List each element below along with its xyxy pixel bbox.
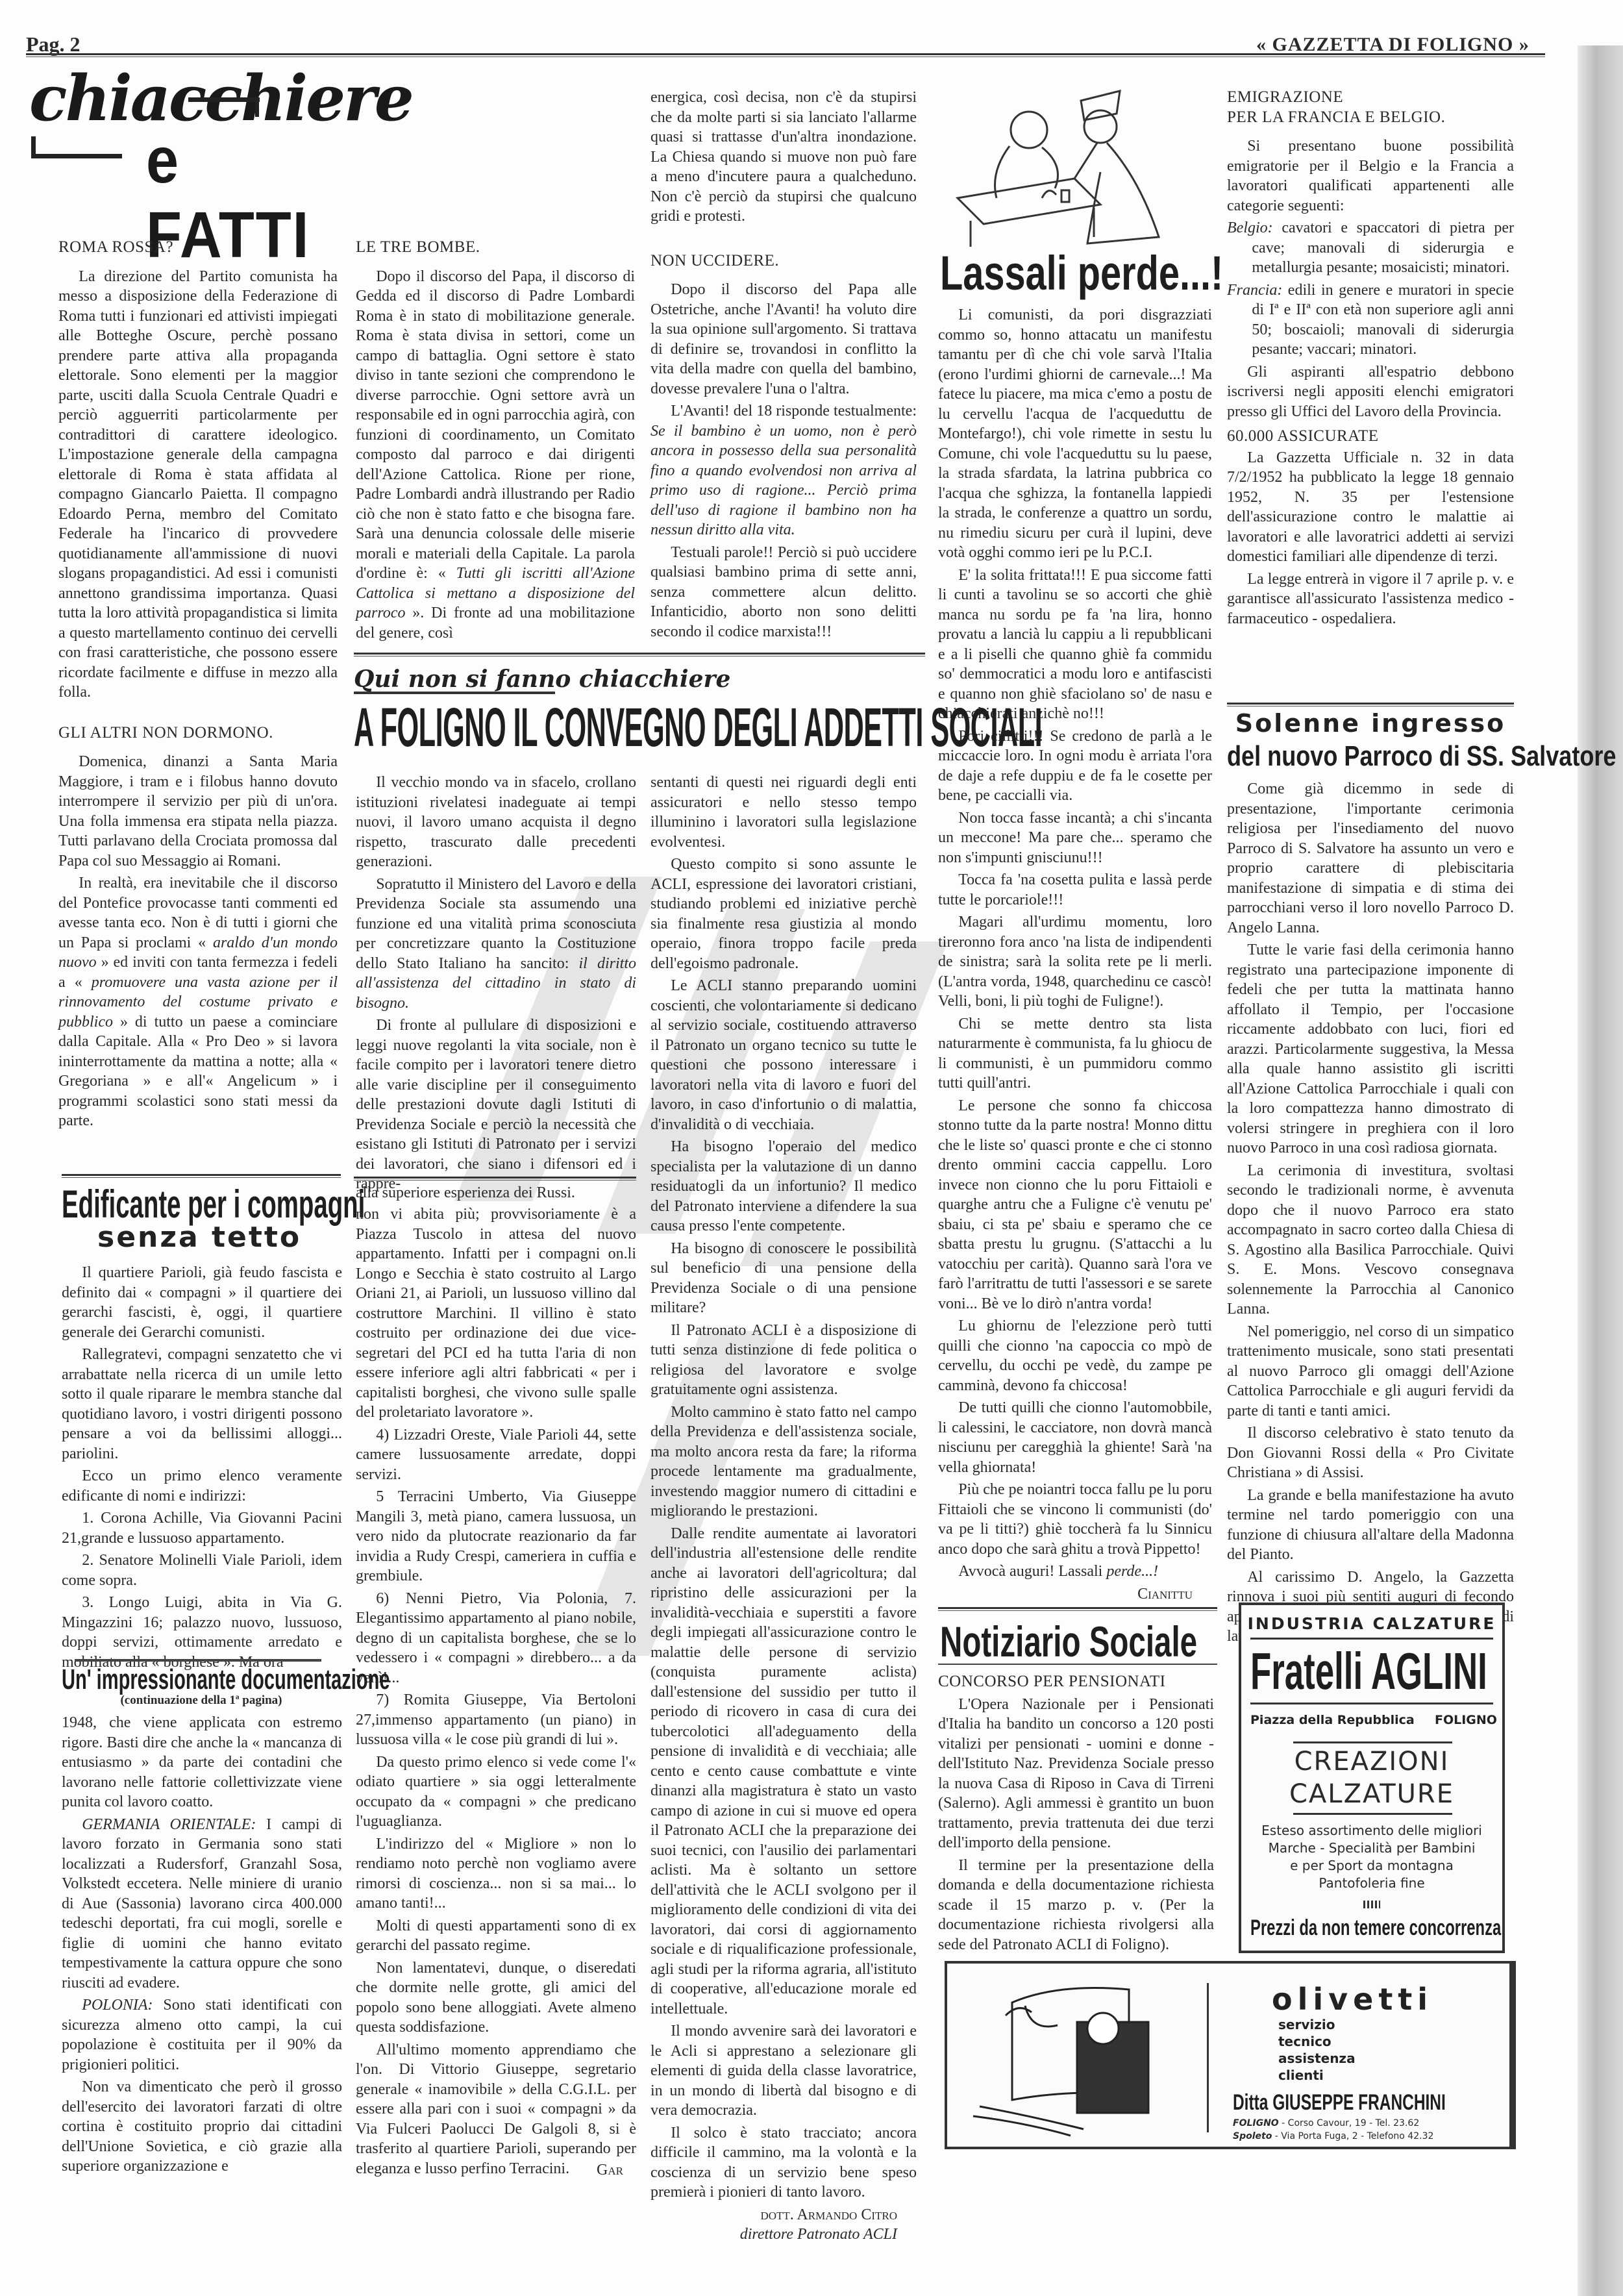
ad-aglini: INDUSTRIA CALZATURE Fratelli AGLINI Piaz…	[1239, 1603, 1505, 1953]
aglini-line-3: e per Sport da montagna	[1241, 1858, 1502, 1873]
edificante-item-4: 4) Lizzadri Oreste, Viale Parioli 44, se…	[356, 1425, 636, 1485]
typewriter-case-illustration	[967, 1977, 1200, 2139]
roma-rossa-body: La direzione del Partito comunista ha me…	[58, 267, 338, 703]
olivetti-service-1: servizio	[1278, 2017, 1335, 2032]
documentazione-p2: GERMANIA ORIENTALE: I campi di lavoro fo…	[62, 1815, 342, 1993]
documentazione-p3: POLONIA: Sono stati identificati con sic…	[62, 1995, 342, 2075]
altri-body-1: Domenica, dinanzi a Santa Maria Maggiore…	[58, 752, 338, 871]
emigrazione-p2: Gli aspiranti all'espatrio debbono iscri…	[1227, 362, 1514, 422]
newspaper-title: « GAZZETTA DI FOLIGNO »	[1256, 34, 1530, 56]
altri-body-2: In realtà, era inevitabile che il discor…	[58, 873, 338, 1131]
aglini-top: INDUSTRIA CALZATURE	[1241, 1614, 1502, 1633]
convegno-c1p2: Sopratutto il Ministero del Lavoro e del…	[356, 875, 636, 1014]
convegno-c2p1: sentanti di questi nei riguardi degli en…	[650, 773, 917, 852]
convegno-kicker-rule	[354, 692, 555, 694]
olivetti-company: Ditta GIUSEPPE FRANCHINI	[1233, 2090, 1446, 2115]
convegno-column-1: Il vecchio mondo va in sfacelo, crollano…	[356, 773, 636, 1197]
non-uccidere-body-2: L'Avanti! del 18 risponde testualmente: …	[650, 401, 917, 540]
edificante-item-6: 6) Nenni Pietro, Via Polonia, 7. Elegant…	[356, 1589, 636, 1688]
tre-bombe-title: LE TRE BOMBE.	[356, 238, 635, 258]
non-uccidere-title: NON UCCIDERE.	[650, 251, 917, 271]
edificante-c2p2: Da questo primo elenco si vede come l'« …	[356, 1753, 636, 1832]
olivetti-address-2: Spoleto - Via Porta Fuga, 2 - Telefono 4…	[1233, 2131, 1433, 2141]
aglini-title-2: CALZATURE	[1241, 1779, 1502, 1809]
roma-rossa-title: ROMA ROSSA?	[58, 238, 338, 258]
lassali-p10: De tutti quilli che cionno l'automobbile…	[938, 1398, 1212, 1477]
documentazione-p5: alla superiore esperienza dei Russi.	[356, 1183, 636, 1203]
masthead-rule-bottom	[31, 154, 122, 158]
emigrazione-title-1: EMIGRAZIONE	[1227, 88, 1514, 108]
notiziario-headline: Notiziario Sociale	[940, 1617, 1197, 1666]
aglini-name: Fratelli AGLINI	[1250, 1641, 1487, 1701]
edificante-c2p4: Molti di questi appartamenti sono di ex …	[356, 1916, 636, 1956]
convegno-c2p2: Questo compito si sono assunte le ACLI, …	[650, 855, 917, 973]
article-solenne: Come già dicemmo in sede di presentazion…	[1227, 779, 1514, 1649]
tre-bombe-body: Dopo il discorso del Papa, il discorso d…	[356, 267, 635, 643]
lassali-p4: Non tocca fasse incantà; a chi s'incanta…	[938, 808, 1212, 868]
olivetti-address-1: FOLIGNO - Corso Cavour, 19 - Tel. 23.62	[1233, 2118, 1419, 2128]
convegno-headline: A FOLIGNO IL CONVEGNO DEGLI ADDETTI SOCI…	[354, 696, 1042, 759]
article-non-uccidere: energica, così decisa, non c'è da stupir…	[650, 88, 917, 644]
emigrazione-p1: Si presentano buone possibilità emigrato…	[1227, 136, 1514, 216]
edificante-c2p3: L'indirizzo del « Migliore » non lo rend…	[356, 1834, 636, 1914]
notiziario-rule-top	[938, 1607, 1217, 1611]
notiziario-p1: L'Opera Nazionale per i Pensionati d'Ita…	[938, 1695, 1214, 1853]
article-tre-bombe: LE TRE BOMBE. Dopo il discorso del Papa,…	[356, 234, 635, 645]
olivetti-divider	[1207, 1983, 1209, 2132]
non-uccidere-body-3: Testuali parole!! Perciò si può uccidere…	[650, 543, 917, 642]
convegno-c1p3: Di fronte al pullulare di disposizioni e…	[356, 1016, 636, 1194]
documentazione-p4: Non va dimenticato che però il grosso de…	[62, 2077, 342, 2177]
notiziario-rule-bottom	[938, 1664, 1217, 1665]
notiziario-title: CONCORSO PER PENSIONATI	[938, 1672, 1214, 1692]
aglini-title-1: CREAZIONI	[1241, 1747, 1502, 1777]
documentazione-continuation: alla superiore esperienza dei Russi.	[356, 1183, 636, 1206]
aglini-rule-3	[1293, 1741, 1452, 1743]
masthead-rule-left	[31, 136, 36, 156]
convegno-c2p5: Ha bisogno di conoscere le possibilità s…	[650, 1239, 917, 1318]
emigrazione-francia: Francia: edili in genere e muratori in s…	[1227, 281, 1514, 360]
documentazione-rule	[75, 1659, 321, 1662]
lassali-p9: Lu ghiornu de l'elezzione però tutti qui…	[938, 1316, 1212, 1395]
aglini-rule-4	[1293, 1813, 1452, 1815]
notiziario-p2: Il termine per la presentazione della do…	[938, 1856, 1214, 1955]
aglini-line-2: Marche - Specialità per Bambini	[1241, 1840, 1502, 1856]
aglini-line-1: Esteso assortimento delle migliori	[1241, 1823, 1502, 1838]
convegno-signature: dott. Armando Citro direttore Patronato …	[650, 2205, 917, 2245]
edificante-c2p5: Non lamentatevi, dunque, o diseredati ch…	[356, 1958, 636, 2038]
edificante-headline-2: senza tetto	[97, 1221, 301, 1254]
article-lassali: Li comunisti, da pori disgrazziati commo…	[938, 305, 1212, 1606]
convegno-col1-rule	[354, 1177, 636, 1180]
edificante-item-7: 7) Romita Giuseppe, Via Bertoloni 27,imm…	[356, 1690, 636, 1750]
solenne-p1: Come già dicemmo in sede di presentazion…	[1227, 779, 1514, 938]
lassali-p12: Avvocà auguri! Lassali perde...!	[938, 1562, 1212, 1582]
article-notiziario: CONCORSO PER PENSIONATI L'Opera Nazional…	[938, 1672, 1214, 1957]
convegno-rule-top	[354, 653, 925, 656]
edificante-item-2: 2. Senatore Molinelli Viale Parioli, ide…	[62, 1551, 342, 1590]
lassali-p11: Più che pe noiantri tocca fallu pe lu po…	[938, 1480, 1212, 1559]
page-edge-shadow	[1578, 45, 1623, 2296]
lassali-p6: Magari all'urdimu momentu, loro tireronn…	[938, 912, 1212, 1012]
assicurate-title: 60.000 ASSICURATE	[1227, 427, 1514, 447]
emigrazione-title-2: PER LA FRANCIA E BELGIO.	[1227, 108, 1514, 128]
edificante-c2p1: non vi abita più; provvisoriamente è a P…	[356, 1204, 636, 1423]
aglini-rule-1	[1250, 1638, 1493, 1640]
edificante-item-5: 5 Terracini Umberto, Via Giuseppe Mangil…	[356, 1487, 636, 1586]
assicurate-p2: La legge entrerà in vigore il 7 aprile p…	[1227, 569, 1514, 629]
convegno-column-2: sentanti di questi nei riguardi degli en…	[650, 773, 917, 2247]
header-rule	[26, 53, 1545, 57]
emigrazione-belgio: Belgio: cavatori e spaccatori di pietra …	[1227, 218, 1514, 278]
solenne-p4: Nel pomeriggio, nel corso di un simpatic…	[1227, 1322, 1514, 1421]
solenne-rule	[1227, 703, 1514, 706]
assicurate-p1: La Gazzetta Ufficiale n. 32 in data 7/2/…	[1227, 448, 1514, 567]
convegno-c2p7: Molto cammino è stato fatto nel campo de…	[650, 1403, 917, 1521]
article-roma-rossa: ROMA ROSSA? La direzione del Partito com…	[58, 234, 338, 1134]
documentazione-subhead: (continuazione della 1ª pagina)	[62, 1693, 341, 1708]
convegno-c2p10: Il solco è stato tracciato; ancora diffi…	[650, 2123, 917, 2202]
solenne-p5: Il discorso celebrativo è stato tenuto d…	[1227, 1423, 1514, 1483]
aglini-city: FOLIGNO	[1435, 1713, 1497, 1727]
lassali-p5: Tocca fa 'na cosetta pulita e lassà perd…	[938, 870, 1212, 910]
non-uccidere-body-1: Dopo il discorso del Papa alle Ostetrich…	[650, 280, 917, 399]
aglini-rule-2	[1250, 1703, 1493, 1704]
edificante-column-2: non vi abita più; provvisoriamente è a P…	[356, 1204, 636, 2183]
aglini-address: Piazza della Repubblica	[1250, 1713, 1415, 1727]
edificante-rule	[62, 1174, 341, 1178]
solenne-p3: La cerimonia di investitura, svoltasi se…	[1227, 1161, 1514, 1319]
edificante-headline-1: Edificante per i compagni	[62, 1182, 365, 1227]
masthead-rule-top	[188, 97, 260, 102]
edificante-p3: Ecco un primo elenco veramente edificant…	[62, 1466, 342, 1506]
altri-title: GLI ALTRI NON DORMONO.	[58, 723, 338, 743]
documentazione-headline: Un' impressionante documentazione	[62, 1664, 336, 1696]
article-edificante: Il quartiere Parioli, già feudo fascista…	[62, 1263, 342, 1675]
lassali-signature: Cianittu	[938, 1584, 1212, 1604]
aglini-ornament	[1363, 1901, 1380, 1908]
masthead-section: chiacchiere e FATTI	[29, 62, 263, 169]
olivetti-brand: olivetti	[1272, 1982, 1433, 2017]
edificante-p1: Il quartiere Parioli, già feudo fascista…	[62, 1263, 342, 1342]
convegno-c2p9: Il mondo avvenire sarà dei lavoratori e …	[650, 2021, 917, 2121]
convegno-kicker: Qui non si fanno chiacchiere	[354, 666, 730, 693]
olivetti-service-4: clienti	[1278, 2067, 1324, 2083]
aglini-line-4: Pantofoleria fine	[1241, 1875, 1502, 1891]
article-documentazione: 1948, che viene applicata con estremo ri…	[62, 1713, 342, 2179]
olivetti-service-3: assistenza	[1278, 2051, 1356, 2066]
masthead-rule-right	[255, 97, 259, 117]
ad-olivetti: olivetti servizio tecnico assistenza cli…	[945, 1961, 1516, 2149]
convegno-c2p3: Le ACLI stanno preparando uomini coscien…	[650, 976, 917, 1134]
lassali-p8: Le persone che sonno fa chiccosa stonno …	[938, 1096, 1212, 1314]
convegno-c2p6: Il Patronato ACLI è a disposizione di tu…	[650, 1321, 917, 1400]
lassali-p1: Li comunisti, da pori disgrazziati commo…	[938, 305, 1212, 563]
documentazione-p1: 1948, che viene applicata con estremo ri…	[62, 1713, 342, 1812]
tre-bombe-continuation: energica, così decisa, non c'è da stupir…	[650, 88, 917, 227]
aglini-bottom: Prezzi da non temere concorrenza	[1250, 1915, 1501, 1941]
solenne-headline-2: del nuovo Parroco di SS. Salvatore	[1227, 740, 1515, 773]
olivetti-service-2: tecnico	[1278, 2034, 1332, 2049]
lassali-headline: Lassali perde...!	[940, 245, 1223, 301]
solenne-p6: La grande e bella manifestazione ha avut…	[1227, 1486, 1514, 1565]
article-emigrazione: EMIGRAZIONE PER LA FRANCIA E BELGIO. Si …	[1227, 88, 1514, 631]
edificante-item-1: 1. Corona Achille, Via Giovanni Pacini 2…	[62, 1508, 342, 1548]
lassali-p7: Chi se mette dentro sta lista naturarmen…	[938, 1014, 1212, 1093]
solenne-p2: Tutte le varie fasi della cerimonia hann…	[1227, 940, 1514, 1158]
edificante-c2p6: All'ultimo momento apprendiamo che l'on.…	[356, 2040, 636, 2179]
cartoon-illustration	[945, 75, 1165, 250]
convegno-c2p4: Ha bisogno l'operaio del medico speciali…	[650, 1137, 917, 1236]
solenne-headline-1: Solenne ingresso	[1227, 709, 1514, 738]
edificante-p2: Rallegratevi, compagni senzatetto che vi…	[62, 1345, 342, 1464]
convegno-c2p8: Dalle rendite aumentate ai lavoratori de…	[650, 1524, 917, 2019]
convegno-c1p1: Il vecchio mondo va in sfacelo, crollano…	[356, 773, 636, 872]
